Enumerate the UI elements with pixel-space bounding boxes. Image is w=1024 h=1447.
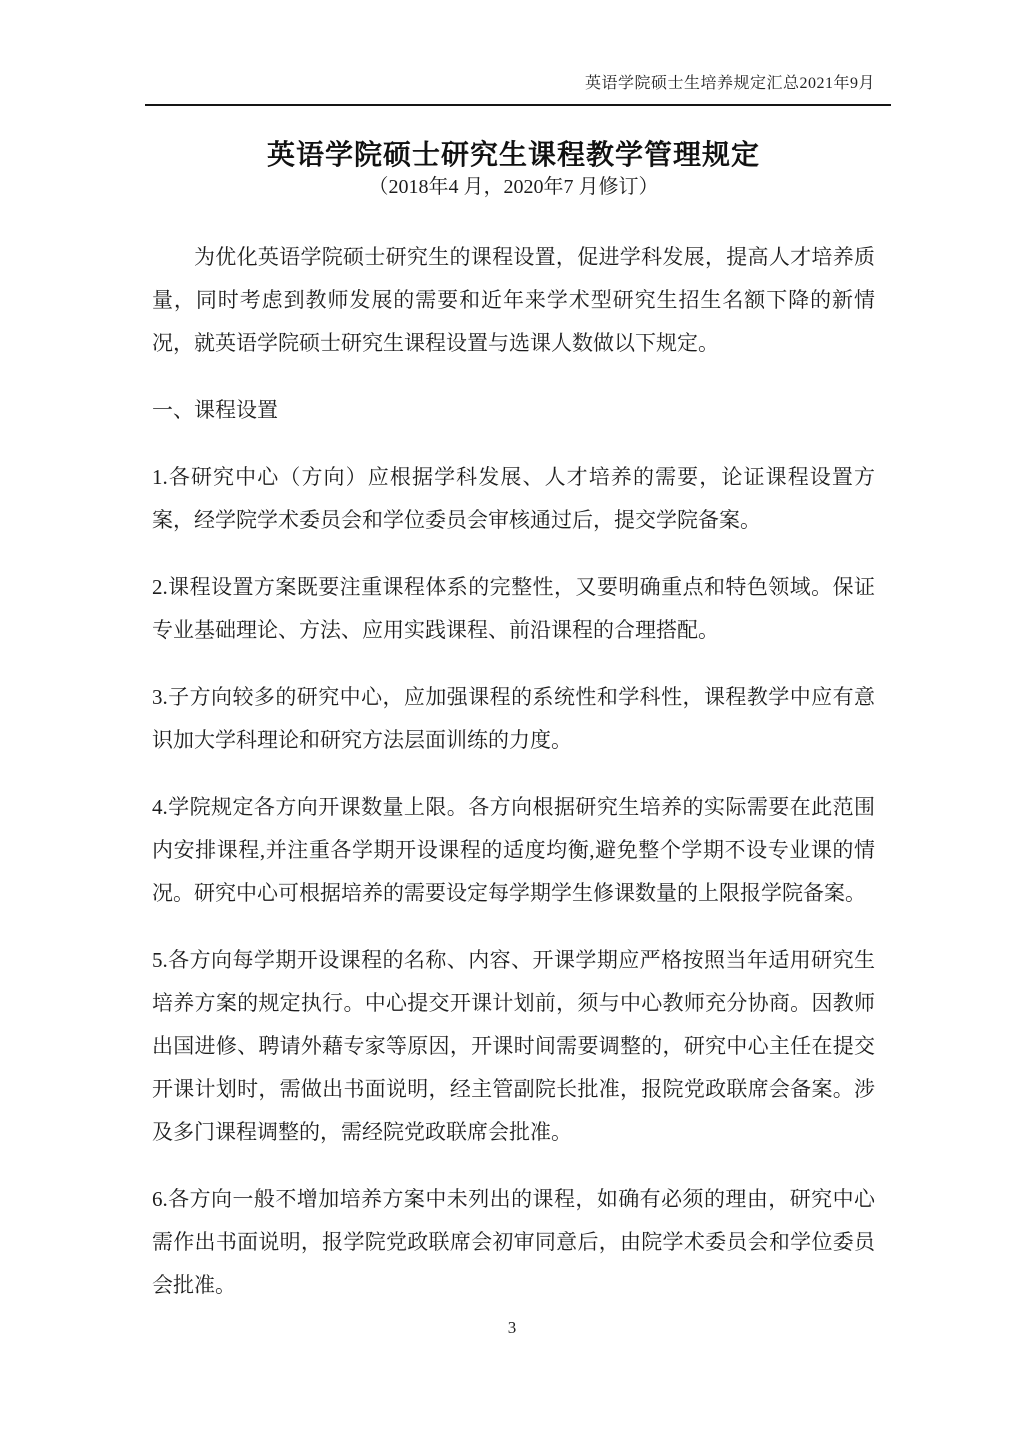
page-number: 3	[0, 1318, 1024, 1338]
list-item-4: 4.学院规定各方向开课数量上限。各方向根据研究生培养的实际需要在此范围内安排课程…	[152, 786, 875, 915]
document-body: 为优化英语学院硕士研究生的课程设置，促进学科发展，提高人才培养质量，同时考虑到教…	[152, 236, 875, 1331]
document-subtitle: （2018年4 月，2020年7 月修订）	[152, 170, 875, 199]
list-item-2: 2.课程设置方案既要注重课程体系的完整性，又要明确重点和特色领域。保证专业基础理…	[152, 566, 875, 652]
section-heading: 一、课程设置	[152, 389, 875, 432]
running-header: 英语学院硕士生培养规定汇总2021年9月	[152, 70, 875, 93]
list-item-6: 6.各方向一般不增加培养方案中未列出的课程，如确有必须的理由，研究中心需作出书面…	[152, 1178, 875, 1307]
document-title: 英语学院硕士研究生课程教学管理规定	[152, 133, 875, 173]
header-rule-divider	[145, 104, 891, 106]
intro-paragraph: 为优化英语学院硕士研究生的课程设置，促进学科发展，提高人才培养质量，同时考虑到教…	[152, 236, 875, 365]
list-item-3: 3.子方向较多的研究中心，应加强课程的系统性和学科性，课程教学中应有意识加大学科…	[152, 676, 875, 762]
document-page: 英语学院硕士生培养规定汇总2021年9月 英语学院硕士研究生课程教学管理规定 （…	[0, 0, 1024, 1447]
list-item-1: 1.各研究中心（方向）应根据学科发展、人才培养的需要，论证课程设置方案，经学院学…	[152, 456, 875, 542]
list-item-5: 5.各方向每学期开设课程的名称、内容、开课学期应严格按照当年适用研究生培养方案的…	[152, 939, 875, 1154]
